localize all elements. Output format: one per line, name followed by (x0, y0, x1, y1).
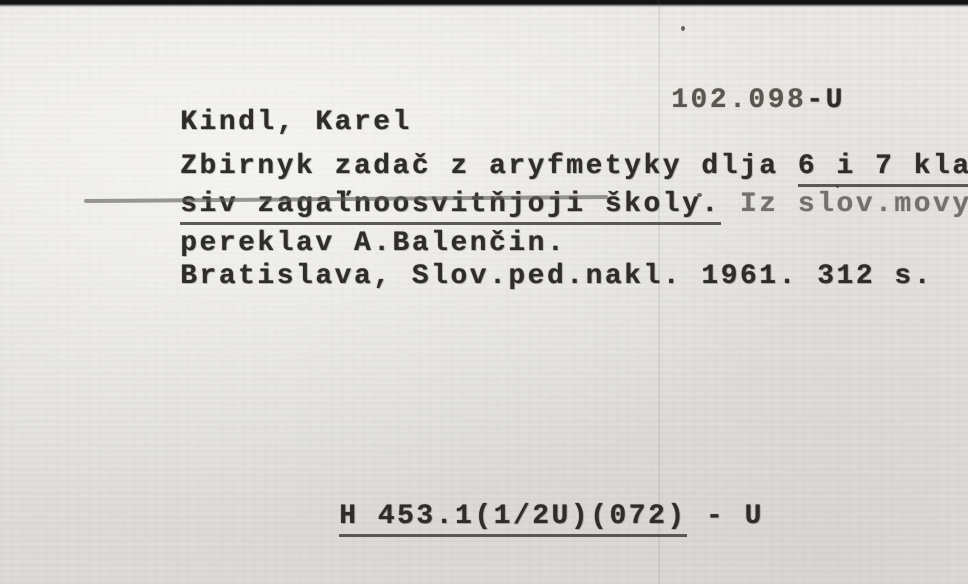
ink-speck (697, 193, 702, 197)
shelf-number-suffix: -U (806, 85, 845, 116)
shelf-number-value: 102.098 (671, 85, 806, 116)
ink-speck (836, 185, 839, 188)
title-line-2-faded: Iz slov.movy (721, 189, 968, 220)
imprint-line: Bratislava, Slov.ped.nakl. 1961. 312 s. (103, 226, 933, 328)
imprint-text: Bratislava, Slov.ped.nakl. 1961. 312 s. (180, 261, 933, 292)
ink-speck (681, 26, 685, 31)
catalog-card-scan: Kindl, Karel 102.098-U Zbirnyk zadač z a… (0, 0, 968, 584)
scan-top-edge (0, 0, 968, 7)
classification-line: H 453.1(1/2U)(072) - U (262, 466, 764, 568)
classification-suffix: - U (687, 501, 764, 532)
classification-code: H 453.1(1/2U)(072) (339, 501, 686, 537)
